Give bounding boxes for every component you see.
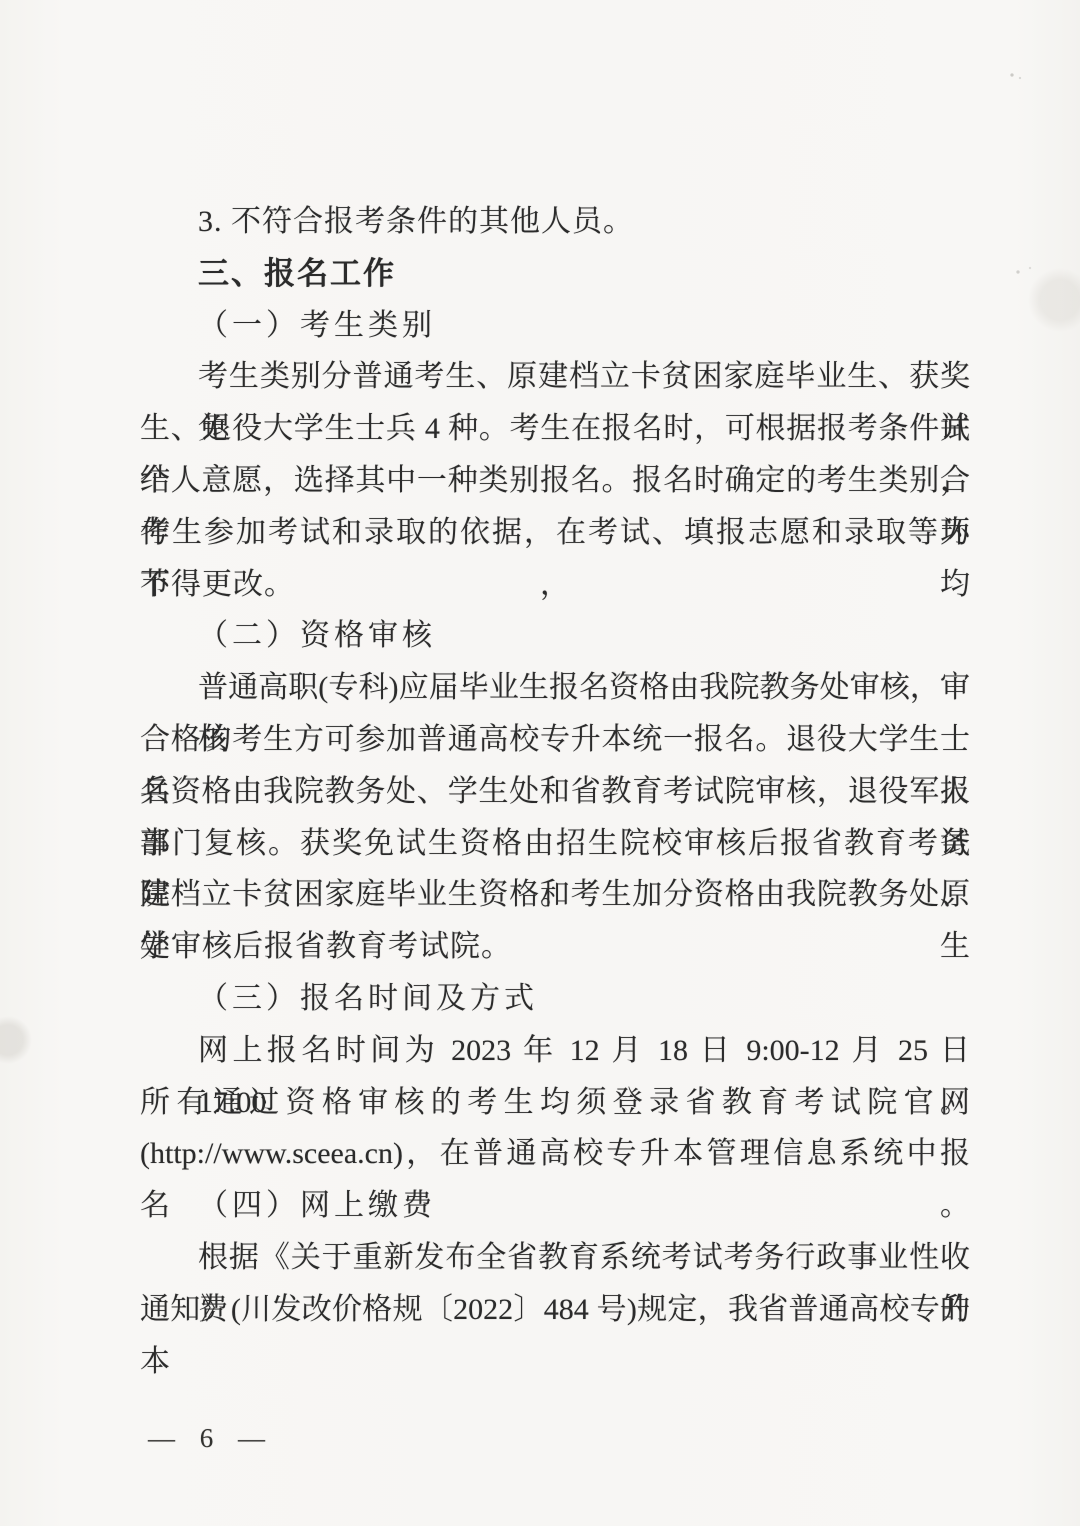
document-page: 3. 不符合报考条件的其他人员。 三、报名工作 （一）考生类别 考生类别分普通考… <box>0 0 1080 1526</box>
subheading-qualification-review: （二）资格审核 <box>140 610 970 662</box>
text-line: 部门复核。获奖免试生资格由招生院校审核后报省教育考试院。原 <box>140 818 970 870</box>
subheading-registration-time-method: （三）报名时间及方式 <box>140 973 970 1025</box>
text-line: 普通高职(专科)应届毕业生报名资格由我院教务处审核，审核 <box>140 662 970 714</box>
text-line: 考生类别分普通考生、原建档立卡贫困家庭毕业生、获奖免试 <box>140 351 970 403</box>
text-line: 合格的考生方可参加普通高校专升本统一报名。退役大学生士兵报 <box>140 714 970 766</box>
document-body: 3. 不符合报考条件的其他人员。 三、报名工作 （一）考生类别 考生类别分普通考… <box>140 196 970 1336</box>
text-line: 个人意愿，选择其中一种类别报名。报名时确定的考生类别，作为 <box>140 455 970 507</box>
text-line: 考生参加考试和录取的依据，在考试、填报志愿和录取等环节，均 <box>140 507 970 559</box>
subheading-candidate-categories: （一）考生类别 <box>140 300 970 352</box>
text-line: (http://www.sceea.cn)，在普通高校专升本管理信息系统中报名。 <box>140 1128 970 1180</box>
text-line: 所有通过资格审核的考生均须登录省教育考试院官网 <box>140 1077 970 1129</box>
text-line: 网上报名时间为 2023 年 12 月 18 日 9:00-12 月 25 日 … <box>140 1025 970 1077</box>
text-line: 生、退役大学生士兵 4 种。考生在报名时，可根据报考条件并结合 <box>140 403 970 455</box>
text-line: 通知》(川发改价格规〔2022〕484 号)规定，我省普通高校专升本 <box>140 1284 970 1336</box>
text-line: 名资格由我院教务处、学生处和省教育考试院审核，退役军人事务 <box>140 766 970 818</box>
list-item-3: 3. 不符合报考条件的其他人员。 <box>140 196 970 248</box>
page-number: — 6 — <box>148 1418 274 1458</box>
section-heading-registration-work: 三、报名工作 <box>140 248 970 300</box>
text-line: 根据《关于重新发布全省教育系统考试考务行政事业性收费的 <box>140 1232 970 1284</box>
text-line: 建档立卡贫困家庭毕业生资格和考生加分资格由我院教务处、学生 <box>140 869 970 921</box>
